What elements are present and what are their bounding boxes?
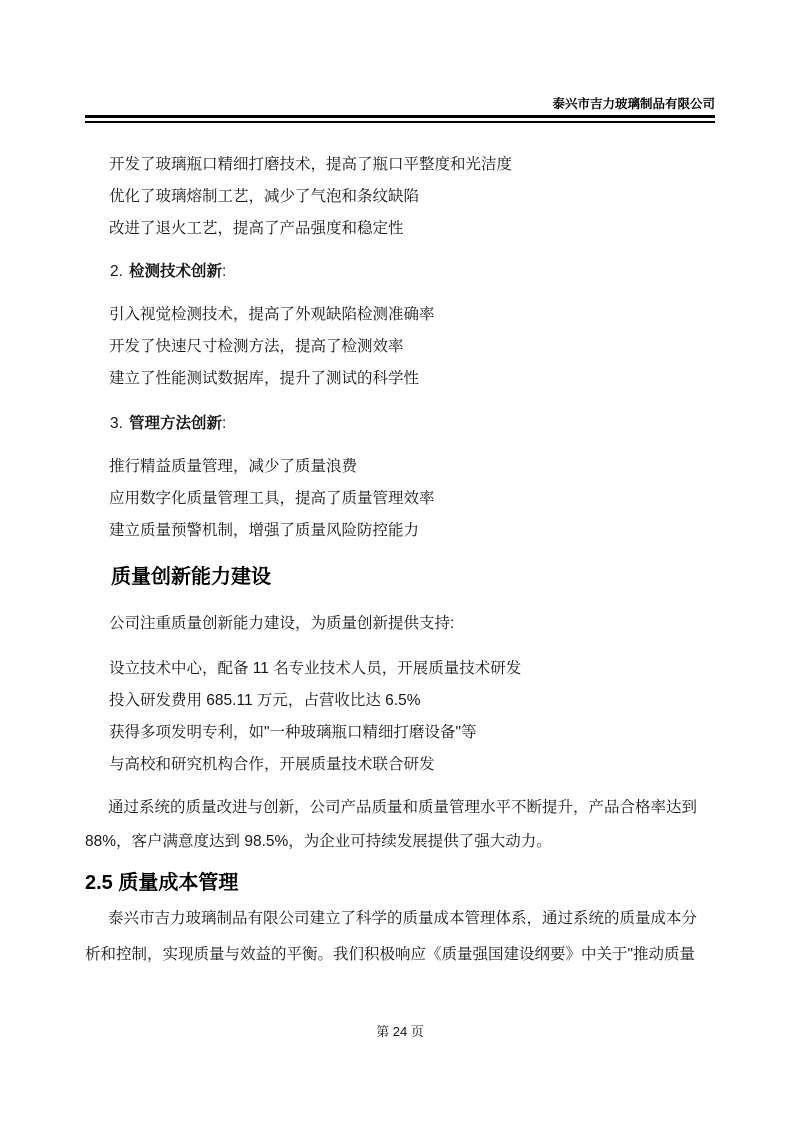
header-divider xyxy=(85,115,715,123)
document-page: 泰兴市吉力玻璃制品有限公司 开发了玻璃瓶口精细打磨技术，提高了瓶口平整度和光洁度… xyxy=(0,0,800,1131)
management-innovation-list: 推行精益质量管理，减少了质量浪费 应用数字化质量管理工具，提高了质量管理效率 建… xyxy=(85,451,715,547)
text-line: 析和控制，实现质量与效益的平衡。我们积极响应《质量强国建设纲要》中关于"推动质量 xyxy=(85,937,715,973)
detection-innovation-list: 引入视觉检测技术，提高了外观缺陷检测准确率 开发了快速尺寸检测方法，提高了检测效… xyxy=(85,299,715,395)
text-line: 改进了退火工艺，提高了产品强度和稳定性 xyxy=(109,213,715,245)
item-colon: : xyxy=(222,263,226,280)
item-number: 2. xyxy=(110,263,123,280)
text-line: 获得多项发明专利，如"一种玻璃瓶口精细打磨设备"等 xyxy=(109,717,715,749)
item-number: 3. xyxy=(110,415,123,432)
text-line: 建立质量预警机制，增强了质量风险防控能力 xyxy=(109,515,715,547)
cost-paragraph: 泰兴市吉力玻璃制品有限公司建立了科学的质量成本管理体系，通过系统的质量成本分 析… xyxy=(85,901,715,973)
page-number: 第 24 页 xyxy=(0,1021,800,1040)
text-line: 优化了玻璃熔制工艺，减少了气泡和条纹缺陷 xyxy=(109,181,715,213)
item-title: 检测技术创新 xyxy=(129,263,222,280)
numbered-heading-detection: 2.检测技术创新: xyxy=(110,257,715,287)
summary-paragraph: 通过系统的质量改进与创新，公司产品质量和质量管理水平不断提升，产品合格率达到 8… xyxy=(85,791,715,859)
text-line: 推行精益质量管理，减少了质量浪费 xyxy=(109,451,715,483)
section-heading-innovation-capability: 质量创新能力建设 xyxy=(111,564,715,590)
capability-list: 设立技术中心，配备 11 名专业技术人员，开展质量技术研发 投入研发费用 685… xyxy=(85,653,715,781)
text-line: 引入视觉检测技术，提高了外观缺陷检测准确率 xyxy=(109,299,715,331)
text-line: 泰兴市吉力玻璃制品有限公司建立了科学的质量成本管理体系，通过系统的质量成本分 xyxy=(85,901,715,937)
page-header: 泰兴市吉力玻璃制品有限公司 xyxy=(85,0,715,123)
process-innovation-list: 开发了玻璃瓶口精细打磨技术，提高了瓶口平整度和光洁度 优化了玻璃熔制工艺，减少了… xyxy=(85,149,715,245)
text-line: 开发了快速尺寸检测方法，提高了检测效率 xyxy=(109,331,715,363)
text-line: 通过系统的质量改进与创新，公司产品质量和质量管理水平不断提升，产品合格率达到 xyxy=(85,791,715,825)
item-colon: : xyxy=(222,415,226,432)
text-line: 与高校和研究机构合作，开展质量技术联合研发 xyxy=(109,749,715,781)
text-line: 设立技术中心，配备 11 名专业技术人员，开展质量技术研发 xyxy=(109,653,715,685)
item-title: 管理方法创新 xyxy=(129,415,222,432)
document-body: 开发了玻璃瓶口精细打磨技术，提高了瓶口平整度和光洁度 优化了玻璃熔制工艺，减少了… xyxy=(85,149,715,973)
numbered-heading-management: 3.管理方法创新: xyxy=(110,409,715,439)
section-heading-cost-management: 2.5 质量成本管理 xyxy=(85,870,715,896)
text-line: 应用数字化质量管理工具，提高了质量管理效率 xyxy=(109,483,715,515)
text-line: 建立了性能测试数据库，提升了测试的科学性 xyxy=(109,363,715,395)
text-line: 开发了玻璃瓶口精细打磨技术，提高了瓶口平整度和光洁度 xyxy=(109,149,715,181)
intro-paragraph: 公司注重质量创新能力建设，为质量创新提供支持: xyxy=(109,608,715,640)
text-line: 投入研发费用 685.11 万元，占营收比达 6.5% xyxy=(109,685,715,717)
text-line: 88%，客户满意度达到 98.5%，为企业可持续发展提供了强大动力。 xyxy=(85,825,715,859)
header-company-name: 泰兴市吉力玻璃制品有限公司 xyxy=(85,0,715,111)
